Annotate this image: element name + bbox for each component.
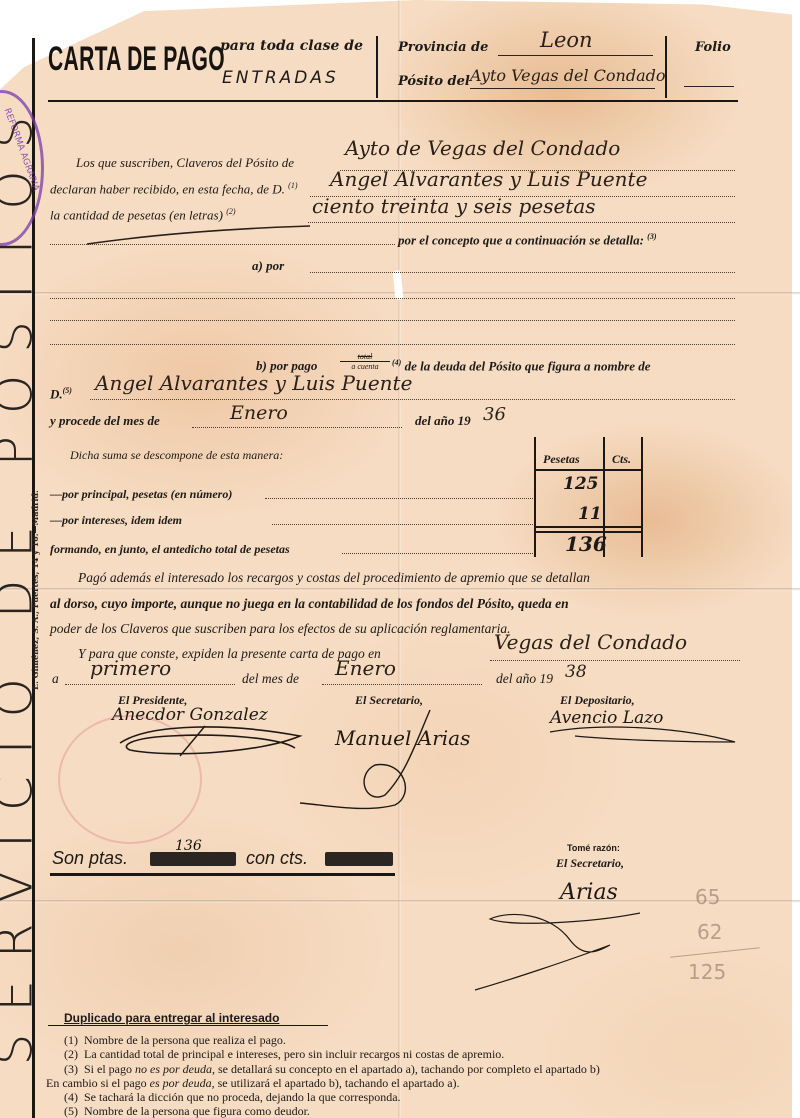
payer-name-field[interactable]: Angel Alvarantes y Luis Puente bbox=[330, 167, 647, 191]
signature-flourish bbox=[545, 722, 745, 752]
header-rule bbox=[48, 100, 738, 102]
dotted-line bbox=[50, 298, 735, 299]
dotted-line bbox=[192, 427, 402, 428]
recibido-label: declaran haber recibido, en esta fecha, … bbox=[50, 181, 297, 197]
fraction-total: total bbox=[340, 352, 390, 361]
principal-amount[interactable]: 125 bbox=[563, 474, 599, 494]
footnote-1: (1) Nombre de la persona que realiza el … bbox=[64, 1033, 286, 1048]
procede-ano-label: del año 19 bbox=[415, 413, 471, 429]
dotted-line bbox=[50, 344, 735, 345]
form-title: CARTA DE PAGO bbox=[48, 40, 225, 79]
a-por-field[interactable] bbox=[310, 272, 735, 273]
col-cts: Cts. bbox=[612, 452, 631, 467]
fecha-mes-label: del mes de bbox=[242, 671, 299, 687]
pencil-sum-line1: 65 bbox=[695, 885, 720, 909]
footnote-3: (3) Si el pago no es por deuda, se detal… bbox=[64, 1062, 600, 1077]
signature-flourish bbox=[295, 705, 465, 815]
table-border bbox=[641, 437, 643, 557]
d-label: D.(5) bbox=[50, 386, 72, 402]
son-ptas-label: Son ptas. bbox=[52, 848, 128, 869]
posito-label: Pósito del bbox=[398, 74, 470, 89]
footnote-2: (2) La cantidad total de principal e int… bbox=[64, 1047, 504, 1062]
debtor-name-field[interactable]: Angel Alvarantes y Luis Puente bbox=[95, 371, 412, 395]
procede-label: y procede del mes de bbox=[50, 413, 160, 429]
stamp-text: REFORMA AGRARIA bbox=[2, 107, 41, 192]
son-ptas-value[interactable]: 136 bbox=[175, 838, 202, 854]
footer-title: Duplicado para entregar al interesado bbox=[64, 1011, 279, 1025]
dotted-line bbox=[50, 320, 735, 321]
fraction-a-cuenta: a cuenta bbox=[340, 361, 390, 371]
breakdown-intro: Dicha suma se descompone de esta manera: bbox=[70, 448, 283, 463]
table-border bbox=[535, 469, 642, 471]
table-border bbox=[535, 526, 642, 528]
deuda-label: (4) de la deuda del Pósito que figura a … bbox=[392, 358, 651, 374]
recargos-text: Pagó además el interesado los recargos y… bbox=[78, 570, 590, 586]
pen-stroke bbox=[85, 222, 315, 248]
table-row-label: —por intereses, idem idem bbox=[50, 513, 182, 528]
footnote-5: (5) Nombre de la persona que figura como… bbox=[64, 1104, 310, 1118]
claveros-label: Los que suscriben, Claveros del Pósito d… bbox=[76, 155, 294, 171]
dotted-line bbox=[272, 524, 533, 525]
folio-label: Folio bbox=[695, 40, 731, 55]
provincia-line bbox=[498, 55, 653, 56]
dotted-line bbox=[342, 553, 533, 554]
footnote-4: (4) Se tachará la dicción que no proceda… bbox=[64, 1090, 401, 1105]
concepto-label: por el concepto que a continuación se de… bbox=[398, 232, 656, 248]
interest-amount[interactable]: 11 bbox=[578, 504, 602, 524]
tome-razon-signature: Arias bbox=[560, 880, 618, 905]
table-border bbox=[534, 437, 536, 557]
dotted-line bbox=[490, 660, 740, 661]
signature-flourish bbox=[470, 905, 650, 995]
recargos-text: poder de los Claveros que suscriben para… bbox=[50, 621, 511, 637]
pencil-sum-total: 125 bbox=[688, 960, 726, 984]
fecha-mes-field[interactable]: Enero bbox=[335, 656, 396, 680]
provincia-label: Provincia de bbox=[398, 40, 488, 55]
pago-fraction: total a cuenta bbox=[340, 352, 390, 371]
cantidad-label: la cantidad de pesetas (en letras) (2) bbox=[50, 207, 236, 223]
fecha-ano-label: del año 19 bbox=[496, 671, 553, 687]
fecha-ano-field[interactable]: 38 bbox=[565, 662, 587, 682]
amount-words-field[interactable]: ciento treinta y seis pesetas bbox=[312, 194, 596, 218]
folio-field[interactable] bbox=[684, 86, 734, 87]
dotted-line bbox=[265, 498, 533, 499]
footnote-3-continued: En cambio si el pago es por deuda, se ut… bbox=[46, 1076, 460, 1091]
dotted-line bbox=[322, 684, 482, 685]
col-pesetas: Pesetas bbox=[543, 452, 580, 467]
dotted-line bbox=[65, 684, 235, 685]
procede-mes-field[interactable]: Enero bbox=[230, 402, 288, 424]
a-por-label: a) por bbox=[252, 258, 284, 274]
posito-line bbox=[470, 88, 655, 89]
expiden-place-field[interactable]: Vegas del Condado bbox=[494, 630, 687, 654]
header-divider bbox=[376, 36, 378, 98]
recargos-text: al dorso, cuyo importe, aunque no juega … bbox=[50, 596, 569, 612]
posito-field[interactable]: Ayto Vegas del Condado bbox=[470, 66, 665, 85]
pencil-sum-line2: 62 bbox=[697, 920, 722, 944]
table-row-label: —por principal, pesetas (en número) bbox=[50, 487, 232, 502]
posito-name-field[interactable]: Ayto de Vegas del Condado bbox=[345, 136, 620, 160]
con-cts-value-redacted[interactable] bbox=[325, 852, 393, 866]
printer-note: E. Giménez, S. A., Fuertes, 14 y 16.—Mad… bbox=[30, 490, 44, 690]
form-subtitle-bottom: ENTRADAS bbox=[222, 68, 339, 88]
table-row-label: formando, en junto, el antedicho total d… bbox=[50, 542, 290, 557]
tome-razon-role: El Secretario, bbox=[556, 856, 624, 871]
fecha-a-label: a bbox=[52, 671, 59, 687]
son-ptas-value-redacted bbox=[150, 852, 236, 866]
dotted-line bbox=[90, 399, 735, 400]
signature-flourish bbox=[110, 718, 310, 763]
procede-ano-field[interactable]: 36 bbox=[483, 404, 506, 425]
fecha-dia-field[interactable]: primero bbox=[90, 656, 171, 680]
total-amount[interactable]: 136 bbox=[565, 532, 607, 556]
depositario-label: El Depositario, bbox=[560, 693, 635, 708]
form-subtitle-top: para toda clase de bbox=[220, 38, 363, 54]
provincia-field[interactable]: Leon bbox=[540, 28, 593, 52]
son-ptas-rule bbox=[50, 873, 395, 876]
footer-rule bbox=[48, 1025, 328, 1026]
dotted-line bbox=[308, 222, 735, 223]
con-cts-label: con cts. bbox=[246, 848, 308, 869]
tome-razon-label: Tomé razón: bbox=[567, 843, 620, 853]
